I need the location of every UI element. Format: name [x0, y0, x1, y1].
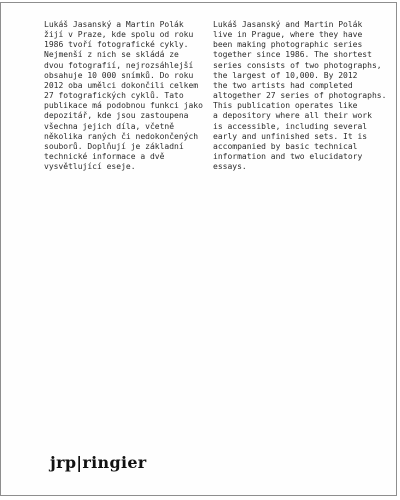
publisher-logo: jrp|ringier [50, 453, 147, 473]
english-text-column: Lukáš Jasanský and Martin Polák live in … [213, 20, 395, 172]
czech-text-column: Lukáš Jasanský a Martin Polák žijí v Pra… [44, 20, 209, 172]
